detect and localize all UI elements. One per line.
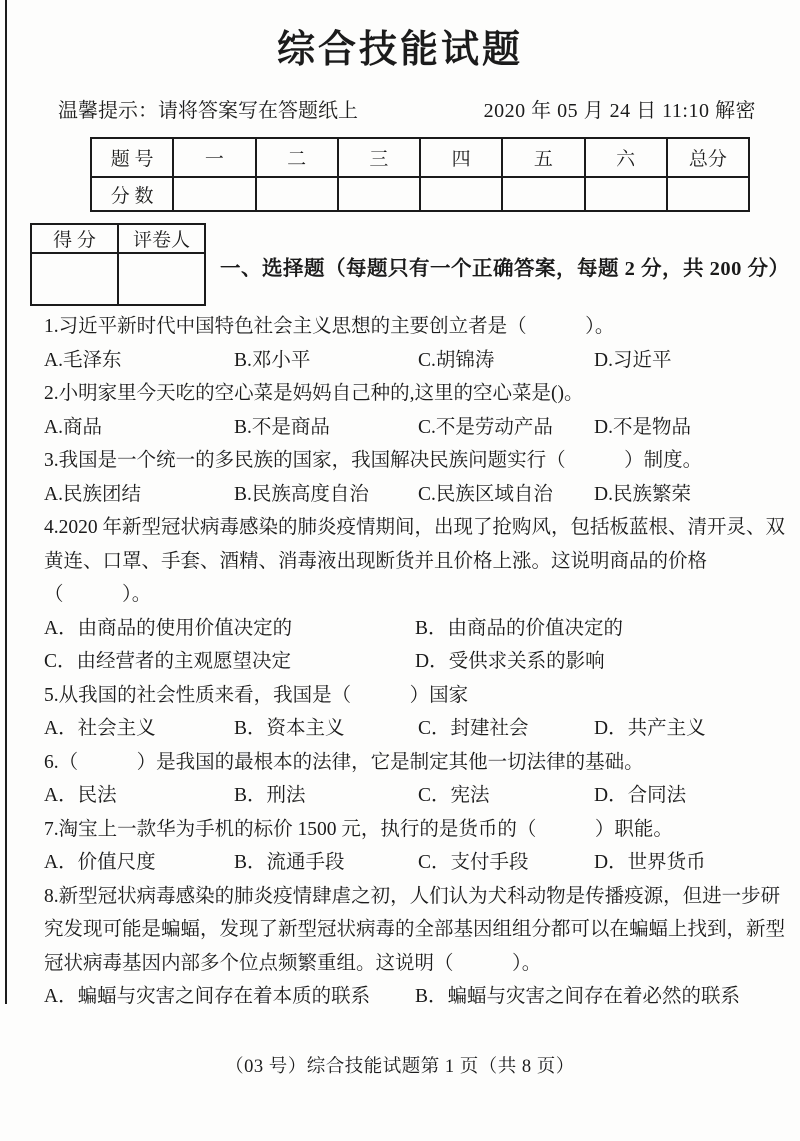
score-table-col: 二 [256,138,338,177]
questions-area: 1.习近平新时代中国特色社会主义思想的主要创立者是（ ）。 A.毛泽东 B.邓小… [0,310,800,1014]
question-text: 究发现可能是蝙蝠，发现了新型冠状病毒的全部基因组组分都可以在蝙蝠上找到，新型 [44,913,762,947]
question-5: 5.从我国的社会性质来看，我国是（ ）国家 A．社会主义 B．资本主义 C．封建… [44,679,762,746]
option-a: A.商品 [44,411,234,445]
decrypt-timestamp: 2020 年 05 月 24 日 11:10 解密 [484,96,756,126]
score-table-col: 六 [585,138,667,177]
question-text: 4.2020 年新型冠状病毒感染的肺炎疫情期间，出现了抢购风，包括板蓝根、清开灵… [44,511,762,545]
option-a: A．蝙蝠与灾害之间存在着本质的联系 [44,980,415,1014]
option-b: B．流通手段 [234,846,418,880]
score-blank-cell [667,177,749,211]
section-title: 一、选择题（每题只有一个正确答案，每题 2 分，共 200 分） [220,251,790,306]
question-7: 7.淘宝上一款华为手机的标价 1500 元，执行的是货币的（ ）职能。 A．价值… [44,813,762,880]
question-text: 冠状病毒基因内部多个位点频繁重组。这说明（ ）。 [44,947,762,981]
option-b: B．刑法 [234,779,418,813]
options-row: A.毛泽东 B.邓小平 C.胡锦涛 D.习近平 [44,344,762,378]
question-6: 6.（ ）是我国的最根本的法律，它是制定其他一切法律的基础。 A．民法 B．刑法… [44,746,762,813]
options-row: A．蝙蝠与灾害之间存在着本质的联系 B．蝙蝠与灾害之间存在着必然的联系 [44,980,762,1014]
grader-blank-cell [118,253,205,305]
page-footer: （03 号）综合技能试题第 1 页（共 8 页） [0,1052,800,1078]
options-grid: A．由商品的使用价值决定的 B．由商品的价值决定的 C．由经营者的主观愿望决定 … [44,612,762,679]
option-d: D．共产主义 [594,712,762,746]
score-table-col: 总分 [667,138,749,177]
question-3: 3.我国是一个统一的多民族的国家，我国解决民族问题实行（ ）制度。 A.民族团结… [44,444,762,511]
question-text: 7.淘宝上一款华为手机的标价 1500 元，执行的是货币的（ ）职能。 [44,813,762,847]
score-row-label: 分 数 [91,177,173,211]
option-b: B．由商品的价值决定的 [415,612,762,646]
option-b: B.不是商品 [234,411,418,445]
option-a: A.民族团结 [44,478,234,512]
options-row: A．社会主义 B．资本主义 C．封建社会 D．共产主义 [44,712,762,746]
options-row: A.民族团结 B.民族高度自治 C.民族区域自治 D.民族繁荣 [44,478,762,512]
option-d: D.习近平 [594,344,762,378]
option-c: C.胡锦涛 [418,344,594,378]
question-text: 黄连、口罩、手套、酒精、消毒液出现断货并且价格上涨。这说明商品的价格 [44,545,762,579]
score-blank-cell [256,177,338,211]
scan-edge-line [5,0,7,1004]
option-c: C．宪法 [418,779,594,813]
exam-paper-page: 综合技能试题 温馨提示：请将答案写在答题纸上 2020 年 05 月 24 日 … [0,0,800,1141]
option-c: C．由经营者的主观愿望决定 [44,645,415,679]
option-a: A．由商品的使用价值决定的 [44,612,415,646]
option-b: B.邓小平 [234,344,418,378]
question-1: 1.习近平新时代中国特色社会主义思想的主要创立者是（ ）。 A.毛泽东 B.邓小… [44,310,762,377]
option-a: A．社会主义 [44,712,234,746]
option-c: C．支付手段 [418,846,594,880]
score-table-col: 四 [420,138,502,177]
notice-hint: 温馨提示：请将答案写在答题纸上 [58,96,358,126]
option-c: C.不是劳动产品 [418,411,594,445]
score-table-col: 五 [502,138,584,177]
score-table-label: 题 号 [91,138,173,177]
option-d: D．合同法 [594,779,762,813]
score-blank-cell [420,177,502,211]
question-8: 8.新型冠状病毒感染的肺炎疫情肆虐之初，人们认为犬科动物是传播疫源，但进一步研 … [44,880,762,1014]
option-d: D．世界货币 [594,846,762,880]
option-a: A．民法 [44,779,234,813]
grader-blank-cell [31,253,118,305]
question-text: 1.习近平新时代中国特色社会主义思想的主要创立者是（ ）。 [44,310,762,344]
grader-label: 评卷人 [118,224,205,253]
option-c: C．封建社会 [418,712,594,746]
score-table-col: 一 [173,138,255,177]
option-d: D.不是物品 [594,411,762,445]
question-text: 6.（ ）是我国的最根本的法律，它是制定其他一切法律的基础。 [44,746,762,780]
score-table-col: 三 [338,138,420,177]
options-row: A．民法 B．刑法 C．宪法 D．合同法 [44,779,762,813]
page-title: 综合技能试题 [0,26,800,75]
score-blank-cell [585,177,667,211]
grader-box-table: 得 分 评卷人 [30,223,206,306]
question-4: 4.2020 年新型冠状病毒感染的肺炎疫情期间，出现了抢购风，包括板蓝根、清开灵… [44,511,762,679]
question-text: 2.小明家里今天吃的空心菜是妈妈自己种的,这里的空心菜是()。 [44,377,762,411]
option-b: B.民族高度自治 [234,478,418,512]
question-text: 3.我国是一个统一的多民族的国家，我国解决民族问题实行（ ）制度。 [44,444,762,478]
score-summary-table: 题 号 一 二 三 四 五 六 总分 分 数 [90,137,750,212]
grader-score-label: 得 分 [31,224,118,253]
options-row: A.商品 B.不是商品 C.不是劳动产品 D.不是物品 [44,411,762,445]
option-d: D．受供求关系的影响 [415,645,762,679]
notice-row: 温馨提示：请将答案写在答题纸上 2020 年 05 月 24 日 11:10 解… [0,96,800,126]
question-text: 5.从我国的社会性质来看，我国是（ ）国家 [44,679,762,713]
score-blank-cell [173,177,255,211]
option-d: D.民族繁荣 [594,478,762,512]
option-b: B．资本主义 [234,712,418,746]
score-table-score-row: 分 数 [91,177,749,211]
question-text: （ ）。 [44,578,762,612]
option-a: A．价值尺度 [44,846,234,880]
option-c: C.民族区域自治 [418,478,594,512]
option-a: A.毛泽东 [44,344,234,378]
score-blank-cell [502,177,584,211]
question-text: 8.新型冠状病毒感染的肺炎疫情肆虐之初，人们认为犬科动物是传播疫源，但进一步研 [44,880,762,914]
option-b: B．蝙蝠与灾害之间存在着必然的联系 [415,980,762,1014]
score-blank-cell [338,177,420,211]
options-row: A．价值尺度 B．流通手段 C．支付手段 D．世界货币 [44,846,762,880]
grader-section-row: 得 分 评卷人 一、选择题（每题只有一个正确答案，每题 2 分，共 200 分） [30,223,800,306]
question-2: 2.小明家里今天吃的空心菜是妈妈自己种的,这里的空心菜是()。 A.商品 B.不… [44,377,762,444]
score-table-header-row: 题 号 一 二 三 四 五 六 总分 [91,138,749,177]
